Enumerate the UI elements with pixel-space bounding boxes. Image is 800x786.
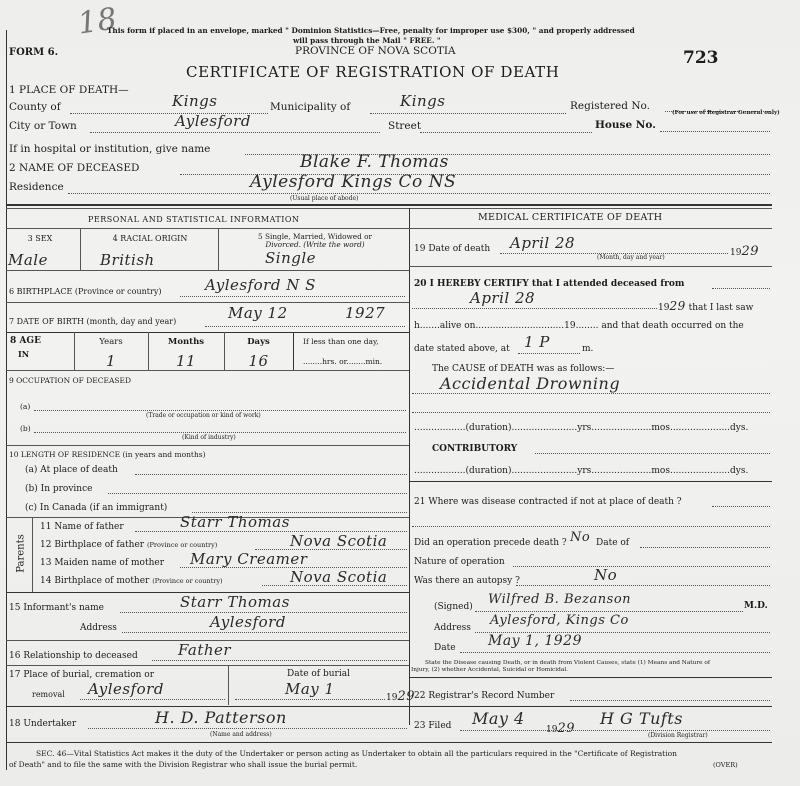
parents-label: Parents	[16, 529, 27, 579]
registrar-value: H G Tufts	[600, 709, 683, 728]
contributory-label: CONTRIBUTORY	[432, 444, 517, 454]
filed-year-prefix: 19	[546, 725, 557, 735]
signed-label: (Signed)	[434, 602, 473, 612]
sec46-line1: SEC. 46—Vital Statistics Act makes it th…	[36, 749, 677, 758]
mos-label-2: mos.	[651, 466, 672, 476]
form-number: FORM 6.	[9, 47, 58, 58]
age-less-label: If less than one day,	[303, 337, 379, 346]
death-date-note: (Month, day and year)	[597, 254, 665, 261]
age-days-value: 16	[226, 352, 291, 370]
res-canada-label: (c) In Canada (if an immigrant)	[25, 503, 167, 513]
certificate-number: 723	[683, 48, 719, 68]
death-year-prefix: 19	[730, 248, 741, 258]
birthplace-note: (Province or country)	[75, 287, 162, 296]
racial-origin-label: 4 RACIAL ORIGIN	[85, 234, 215, 243]
personal-section-title: PERSONAL AND STATISTICAL INFORMATION	[88, 215, 299, 224]
alive-h: h	[414, 321, 420, 331]
operation-nature-label: Nature of operation	[414, 557, 505, 567]
father-birthplace-note: (Province or country)	[147, 541, 217, 549]
filed-label: 23 Filed	[414, 721, 451, 731]
registered-no-label: Registered No.	[570, 100, 650, 112]
mos-label: mos.	[651, 423, 672, 433]
md-date-label: Date	[434, 643, 456, 653]
res-at-place-label: (a) At place of death	[25, 465, 118, 475]
time-value: 1 P	[524, 333, 550, 351]
age-years-label: Years	[76, 337, 146, 347]
place-of-death-label: 1 PLACE OF DEATH—	[9, 84, 129, 96]
death-date-value: April 28	[510, 234, 575, 252]
age-days-label: Days	[226, 337, 291, 347]
age-min-label: min.	[365, 357, 382, 366]
undertaker-note: (Name and address)	[210, 731, 272, 738]
md-address-label: Address	[434, 623, 471, 633]
duration-label: (duration)	[466, 423, 512, 433]
county-label: County of	[9, 101, 61, 113]
registered-no-note: (For use of Registrar General only)	[672, 110, 780, 116]
occupation-b-label: (b)	[20, 424, 31, 433]
informant-label: 15 Informant's name	[9, 603, 104, 613]
envelope-notice-line1: This form if placed in an envelope, mark…	[107, 26, 635, 35]
burial-label-1: 17 Place of burial, cremation or	[9, 670, 154, 680]
instructions-line2: Injury, (2) whether Accidental, Suicidal…	[411, 667, 568, 673]
residence-length-label: 10 LENGTH OF RESIDENCE	[9, 450, 120, 459]
alive-label: alive on	[440, 321, 476, 331]
burial-date-value: May 1	[285, 680, 335, 698]
certify-label: 20 I HEREBY CERTIFY that I attended dece…	[414, 279, 684, 289]
autopsy-value: No	[594, 566, 617, 584]
occupation-a-label: (a)	[20, 402, 30, 411]
cause-label: The CAUSE of DEATH was as follows:—	[432, 364, 614, 374]
age-label-1: 8 AGE	[10, 336, 41, 346]
left-border	[6, 30, 7, 770]
municipality-value: Kings	[400, 92, 445, 110]
column-divider	[409, 208, 410, 725]
birthplace-value: Aylesford N S	[205, 276, 316, 294]
burial-label-2: removal	[32, 690, 65, 699]
dys-label-2: dys.	[730, 466, 748, 476]
dob-value: May 12	[228, 304, 288, 322]
residence-value: Aylesford Kings Co NS	[250, 172, 456, 192]
burial-year-value: 29	[397, 689, 415, 704]
informant-value: Starr Thomas	[180, 593, 290, 611]
contracted-label: 21 Where was disease contracted if not a…	[414, 497, 682, 507]
attended-year-value: 29	[669, 299, 685, 313]
province: PROVINCE OF NOVA SCOTIA	[295, 45, 456, 57]
relationship-label: 16 Relationship to deceased	[9, 651, 138, 661]
undertaker-value: H. D. Patterson	[155, 708, 287, 727]
pencil-mark: 18	[76, 1, 120, 41]
sec46-line2: of Death" and to file the same with the …	[9, 760, 357, 769]
residence-length-note: (in years and months)	[122, 450, 205, 459]
street-label: Street	[388, 120, 421, 132]
deceased-name-label: 2 NAME OF DECEASED	[9, 162, 139, 174]
mother-name-value: Mary Creamer	[190, 550, 307, 568]
marital-value: Single	[265, 249, 316, 267]
time-suffix: m.	[582, 344, 593, 354]
instructions-line1: State the Disease causing Death, or in d…	[425, 660, 710, 666]
relationship-value: Father	[178, 641, 231, 659]
city-value: Aylesford	[175, 112, 251, 130]
occupation-b-note: (Kind of industry)	[182, 434, 236, 441]
death-date-label: 19 Date of death	[414, 244, 490, 254]
dys-label: dys.	[730, 423, 748, 433]
registrar-note: (Division Registrar)	[648, 732, 708, 739]
res-province-label: (b) In province	[25, 484, 92, 494]
father-name-label: 11 Name of father	[40, 522, 124, 532]
age-months-value: 11	[150, 352, 222, 370]
cause-value: Accidental Drowning	[440, 374, 620, 393]
date-stated-label: date stated above, at	[414, 344, 510, 354]
age-years-value: 1	[76, 352, 146, 370]
filed-year-value: 29	[557, 721, 575, 736]
undertaker-label: 18 Undertaker	[9, 719, 76, 729]
md-address-value: Aylesford, Kings Co	[490, 613, 629, 628]
last-saw-label: that I last saw	[689, 303, 754, 313]
informant-address-label: Address	[80, 623, 117, 633]
mother-birthplace-label: 14 Birthplace of mother	[40, 576, 149, 586]
md-date-value: May 1, 1929	[488, 633, 582, 649]
mother-birthplace-note: (Province or country)	[152, 577, 222, 585]
medical-section-title: MEDICAL CERTIFICATE OF DEATH	[478, 212, 662, 223]
signed-value: Wilfred B. Bezanson	[488, 592, 631, 607]
burial-date-label: Date of burial	[287, 669, 350, 679]
house-no-label: House No.	[595, 119, 656, 131]
age-label-2: IN	[18, 349, 29, 359]
residence-label: Residence	[9, 181, 64, 193]
attended-value: April 28	[470, 289, 535, 307]
dob-label: 7 DATE OF BIRTH	[9, 317, 84, 326]
operation-label: Did an operation precede death ?	[414, 538, 567, 548]
operation-value: No	[570, 530, 590, 545]
duration-label-2: (duration)	[466, 466, 512, 476]
racial-origin-value: British	[100, 251, 155, 269]
marital-label-2: Divorced. (Write the word)	[222, 240, 408, 249]
city-label: City or Town	[9, 120, 77, 132]
death-certificate: 18 This form if placed in an envelope, m…	[0, 0, 800, 786]
occupation-label: 9 OCCUPATION OF DECEASED	[9, 376, 131, 385]
deceased-name-value: Blake F. Thomas	[300, 152, 449, 172]
dob-year: 1927	[345, 304, 385, 322]
death-year-value: 29	[741, 244, 759, 259]
yrs-label: yrs.	[577, 423, 594, 433]
father-birthplace-value: Nova Scotia	[290, 532, 387, 550]
mother-name-label: 13 Maiden name of mother	[40, 558, 164, 568]
county-value: Kings	[172, 92, 217, 110]
operation-date-label: Date of	[596, 538, 629, 548]
municipality-label: Municipality of	[270, 101, 350, 113]
dob-note: (month, day and year)	[87, 317, 177, 326]
attended-year-prefix: 19	[658, 303, 669, 313]
death-occurred-label: and that death occurred on the	[601, 321, 743, 331]
sex-value: Male	[8, 251, 48, 269]
envelope-notice-line2: will pass through the Mail " FREE. "	[293, 36, 441, 45]
sex-label: 3 SEX	[10, 234, 70, 243]
filed-value: May 4	[472, 709, 525, 728]
burial-place-value: Aylesford	[88, 680, 164, 698]
residence-note: (Usual place of abode)	[290, 195, 358, 202]
occupation-a-note: (Trade or occupation or kind of work)	[146, 412, 261, 419]
md-label: M.D.	[744, 601, 768, 611]
informant-address-value: Aylesford	[210, 613, 286, 631]
hospital-label: If in hospital or institution, give name	[9, 143, 210, 155]
over-label: (OVER)	[713, 761, 738, 769]
alive-year-prefix: 19	[564, 321, 575, 331]
autopsy-label: Was there an autopsy ?	[414, 576, 520, 586]
father-birthplace-label: 12 Birthplace of father	[40, 540, 144, 550]
yrs-label-2: yrs.	[577, 466, 594, 476]
birthplace-label: 6 BIRTHPLACE	[9, 287, 72, 296]
mother-birthplace-value: Nova Scotia	[290, 568, 387, 586]
burial-year-prefix: 19	[386, 693, 397, 703]
age-months-label: Months	[150, 337, 222, 347]
record-number-label: 22 Registrar's Record Number	[414, 691, 554, 701]
page-title: CERTIFICATE OF REGISTRATION OF DEATH	[186, 63, 559, 81]
age-hrs-label: hrs. or	[322, 357, 346, 366]
father-name-value: Starr Thomas	[180, 513, 290, 531]
